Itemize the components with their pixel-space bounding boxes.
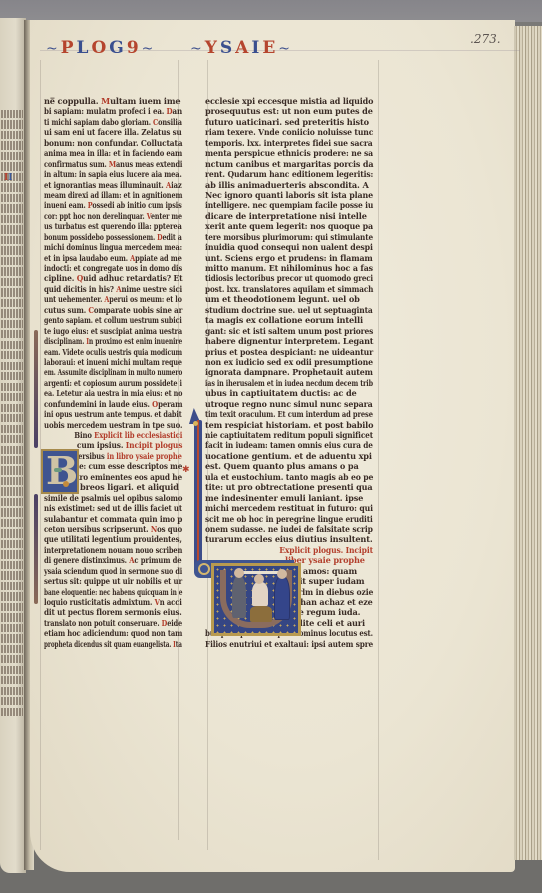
text-line: intelligere. nec quempiam facile posse i… xyxy=(205,200,373,210)
text-line: me indesinenter emuli laniant. ipse xyxy=(205,493,373,503)
text-line: ias in iherusalem et in iudea necdum dec… xyxy=(205,378,373,388)
running-title-letter: A xyxy=(235,38,251,58)
text-line: et ignorantias meas illuminauit. Aiaz xyxy=(44,180,182,190)
historiated-initial-u xyxy=(211,563,301,636)
text-line: ne̅ coppulla. Multam iuem ime xyxy=(44,96,182,106)
text-line: em. Assumite disciplinam in multo numero xyxy=(44,367,182,377)
text-line: Explicit plogus. Incipit xyxy=(205,545,447,555)
initial-b-extender-bottom xyxy=(34,494,38,604)
text-line: bonum: non confundar. Colluctata xyxy=(44,138,182,148)
running-title-letter: S xyxy=(220,38,235,58)
text-line: tere morsibus plurimorum: qui stimulante xyxy=(205,232,373,242)
text-line: ecclesie xpi eccesque mistia ad liquido xyxy=(205,96,373,106)
running-title-right: ~YSAIE~ xyxy=(190,38,293,64)
text-line: gento sapiam. et collum uestrum subici xyxy=(44,315,182,325)
text-line: translato non potuit conseruare. Deide xyxy=(44,618,182,628)
text-line: rent. Qudarum hanc editionem legeritis: xyxy=(205,169,373,179)
initial-b-extender-top xyxy=(34,330,38,448)
text-line: eam. Videte oculis uestris quia modicum xyxy=(44,347,182,357)
running-title-letter: E xyxy=(262,38,278,58)
text-line: simile de psalmis uel opibus salomo xyxy=(44,493,182,503)
text-line: habere dignentur interpretem. Legant xyxy=(205,336,373,346)
previous-page-text xyxy=(1,110,23,718)
text-line: est. Quem quanto plus amans o pa xyxy=(205,461,373,471)
text-line: dit ut pectus florem sermonis eius. xyxy=(44,607,182,617)
running-title-letter: O xyxy=(91,38,109,58)
text-line: ysaia sciendum quod in sermone suo di xyxy=(44,566,182,576)
running-title-letter: I xyxy=(251,38,262,58)
text-line: bane eloquentie: nec habens quicquam in … xyxy=(44,587,182,597)
text-line: dicare de interpretatione nisi intelle xyxy=(205,211,373,221)
text-line: menta perspicue ethnicis prodere: ne sa xyxy=(205,148,373,158)
running-title-left: ~PLOG9~ xyxy=(46,38,156,64)
text-line: riam texere. Vnde coniicio noluisse tunc xyxy=(205,127,373,137)
text-line: michi dominus lingua mercedem mea: xyxy=(44,242,182,252)
running-title-letter: 9 xyxy=(127,38,142,58)
text-line: Bino Explicit lib ecclesiastici xyxy=(44,430,212,440)
text-line: et in ipsa laudabo eum. Appiate ad me xyxy=(44,253,182,263)
text-line: sulabantur et commata quin imo p xyxy=(44,514,182,524)
text-line: ula et eustochium. tanto magis ab eo pe xyxy=(205,472,373,482)
text-line: nie captiuitatem reditum populi signific… xyxy=(205,430,373,440)
text-line: tim texit oraculum. Et cum interdum ad p… xyxy=(205,409,373,419)
text-line: ta magis ex collatione eorum intelli xyxy=(205,315,373,325)
flourish-icon: ~ xyxy=(142,41,157,57)
flourish-icon: ~ xyxy=(190,41,205,57)
folio-number: .273. xyxy=(470,32,501,46)
text-line: ab illis animaduerteris abscondita. A xyxy=(205,180,373,190)
text-line: ui sam eni ut facere illa. Zelatus su xyxy=(44,127,182,137)
text-line: inueni eam. Possedi ab initio cum ipsis xyxy=(44,200,182,210)
text-line: uocatione gentium. et de aduentu xpi xyxy=(205,451,373,461)
text-line: non ex iudicio sed ex odii presumptione xyxy=(205,357,373,367)
text-line: unt. Sciens ergo et prudens: in flamam xyxy=(205,253,373,263)
text-line: um et theodotionem legunt. uel ob xyxy=(205,294,373,304)
text-line: meam direxi ad illam: et in agnitionem xyxy=(44,190,182,200)
text-line: utroque regno nunc simul nunc separa xyxy=(205,399,373,409)
text-line: anima mea in illa: et in faciendo eam xyxy=(44,148,182,158)
text-line: ti michi sapiam dabo gloriam. Consilia xyxy=(44,117,182,127)
figure-center xyxy=(252,582,268,606)
text-line: tite: ut pro obtrectatione presenti qua xyxy=(205,482,373,492)
text-line: sertus sit: quippe ut uir nobilis et ur xyxy=(44,576,182,586)
text-line: unt uehementer. Aperui os meum: et lo xyxy=(44,294,182,304)
text-line: ea. Letetur aia uestra in mia eius: et n… xyxy=(44,388,182,398)
text-line: argenti: et copiosum aurum possidete i xyxy=(44,378,182,388)
flourish-icon: ~ xyxy=(46,41,61,57)
text-line: cutus sum. Comparate uobis sine ar xyxy=(44,305,182,315)
text-line: in altum: in sapia eius lucere aia mea. xyxy=(44,169,182,179)
text-line: que utilitati legentium prouidentes, xyxy=(44,534,182,544)
text-line: di genere distinximus. Ac primum de xyxy=(44,555,182,565)
ruling-line-col-b-right xyxy=(378,60,379,860)
text-line: gant: sic et isti saltem unum post prior… xyxy=(205,326,373,336)
text-line: cipline. Quid adhuc retardatis? Et xyxy=(44,273,182,283)
text-line: quid dicitis in his? Anime uestre sici xyxy=(44,284,182,294)
text-line: loquio rusticitatis admixtum. Vn acci xyxy=(44,597,182,607)
text-line: confirmatus sum. Manus meas extendi xyxy=(44,159,182,169)
text-line: onem sudasse. ne iudei de falsitate scri… xyxy=(205,524,373,534)
flourish-icon: ~ xyxy=(278,41,293,57)
previous-page-rubric: II xyxy=(4,173,12,183)
text-line: studium doctrine sue. uel ut septuaginta xyxy=(205,305,373,315)
photo-background-top xyxy=(0,0,542,22)
text-line: futuro uaticinari. sed preteritis histo xyxy=(205,117,373,127)
running-title-letter: L xyxy=(77,38,92,58)
text-line: bonum possidebo possessionem. Dedit a xyxy=(44,232,182,242)
text-line: bi sapiam: mulatm profeci i ea. Dan xyxy=(44,106,182,116)
text-line: ini opus uestrum ante tempus. et dabit xyxy=(44,409,182,419)
text-line: propheta dicendus sit quam euangelista. … xyxy=(44,639,182,649)
text-line: mitto manum. Et nihilominus hoc a fas xyxy=(205,263,373,273)
figure-right xyxy=(274,576,290,620)
text-line: scit me ob hoc in peregrine lingue erudi… xyxy=(205,514,373,524)
figure-left xyxy=(232,576,246,618)
text-line: disciplinam. In proximo est enim inuenir… xyxy=(44,336,182,346)
text-line: laboraui: et inueni michi multam reque xyxy=(44,357,182,367)
text-line: tem respiciat historiam. et post babilo xyxy=(205,420,373,430)
text-line: nctum canibus et margaritas porcis da xyxy=(205,159,373,169)
text-line: indocti: et congregate uos in domo dis xyxy=(44,263,182,273)
page-stack-edges xyxy=(514,26,542,860)
text-line: Nec ignoro quanti laboris sit ista plane xyxy=(205,190,373,200)
running-title-letter: G xyxy=(109,38,127,58)
running-title-letter: Y xyxy=(205,38,220,58)
text-line: turarum eccles eius diutius insultent. xyxy=(205,534,373,544)
text-line: confundemini in laude eius. Operam xyxy=(44,399,182,409)
text-line: us turbatus est querendo illa: ppterea xyxy=(44,221,182,231)
text-line: michi mercedem restituat in futuro: qui xyxy=(205,503,373,513)
margin-mark: ✱ xyxy=(182,465,190,475)
text-line: post. lxx. translatores aquilam et simma… xyxy=(205,284,373,294)
illuminated-initial-i xyxy=(194,420,202,570)
text-line: ceton uersibus scripserunt. Nos quo xyxy=(44,524,182,534)
text-line: xerit ante quem legerit: nos quoque pa xyxy=(205,221,373,231)
text-line: prosequutus est: ut non eum putes de xyxy=(205,106,373,116)
text-line: ignorata dampnare. Prophetauit autem xyxy=(205,367,373,377)
text-line: tidiosis lectoribus precor ut quomodo gr… xyxy=(205,273,373,283)
figure-center-robe xyxy=(250,606,272,622)
text-line: inuidia quod consequi non ualent despi xyxy=(205,242,373,252)
running-title-letter: P xyxy=(61,38,77,58)
text-column-a: ne̅ coppulla. Multam iuem imebi sapiam: … xyxy=(44,96,182,649)
text-line: nis existimet: sed ut de illis faciet ut xyxy=(44,503,182,513)
text-line: uobis mercedem uestram in tpe suo. xyxy=(44,420,182,430)
text-line: te iugo eius: et suscipiat anima uestra xyxy=(44,326,182,336)
text-line: etiam hoc adiciendum: quod non tam xyxy=(44,628,182,638)
text-line: temporis. lxx. interpretes fidei sue sac… xyxy=(205,138,373,148)
text-line: facit in iudeam: tamen omnis eius cura d… xyxy=(205,440,373,450)
previous-page-edge: II xyxy=(0,18,26,873)
text-line: ubus in captiuitatem ductis: ac de xyxy=(205,388,373,398)
text-line: cor: ppt hoc non derelinquar. Venter me xyxy=(44,211,182,221)
gold-dot-ornament xyxy=(193,421,198,426)
illuminated-initial-b: B xyxy=(41,449,79,494)
text-line: interpretationem nouam nouo scriben xyxy=(44,545,182,555)
text-line: Filios enutriui et exaltaui: ipsi autem … xyxy=(205,639,373,649)
text-line: prius et postea despiciant: ne uideantur xyxy=(205,347,373,357)
